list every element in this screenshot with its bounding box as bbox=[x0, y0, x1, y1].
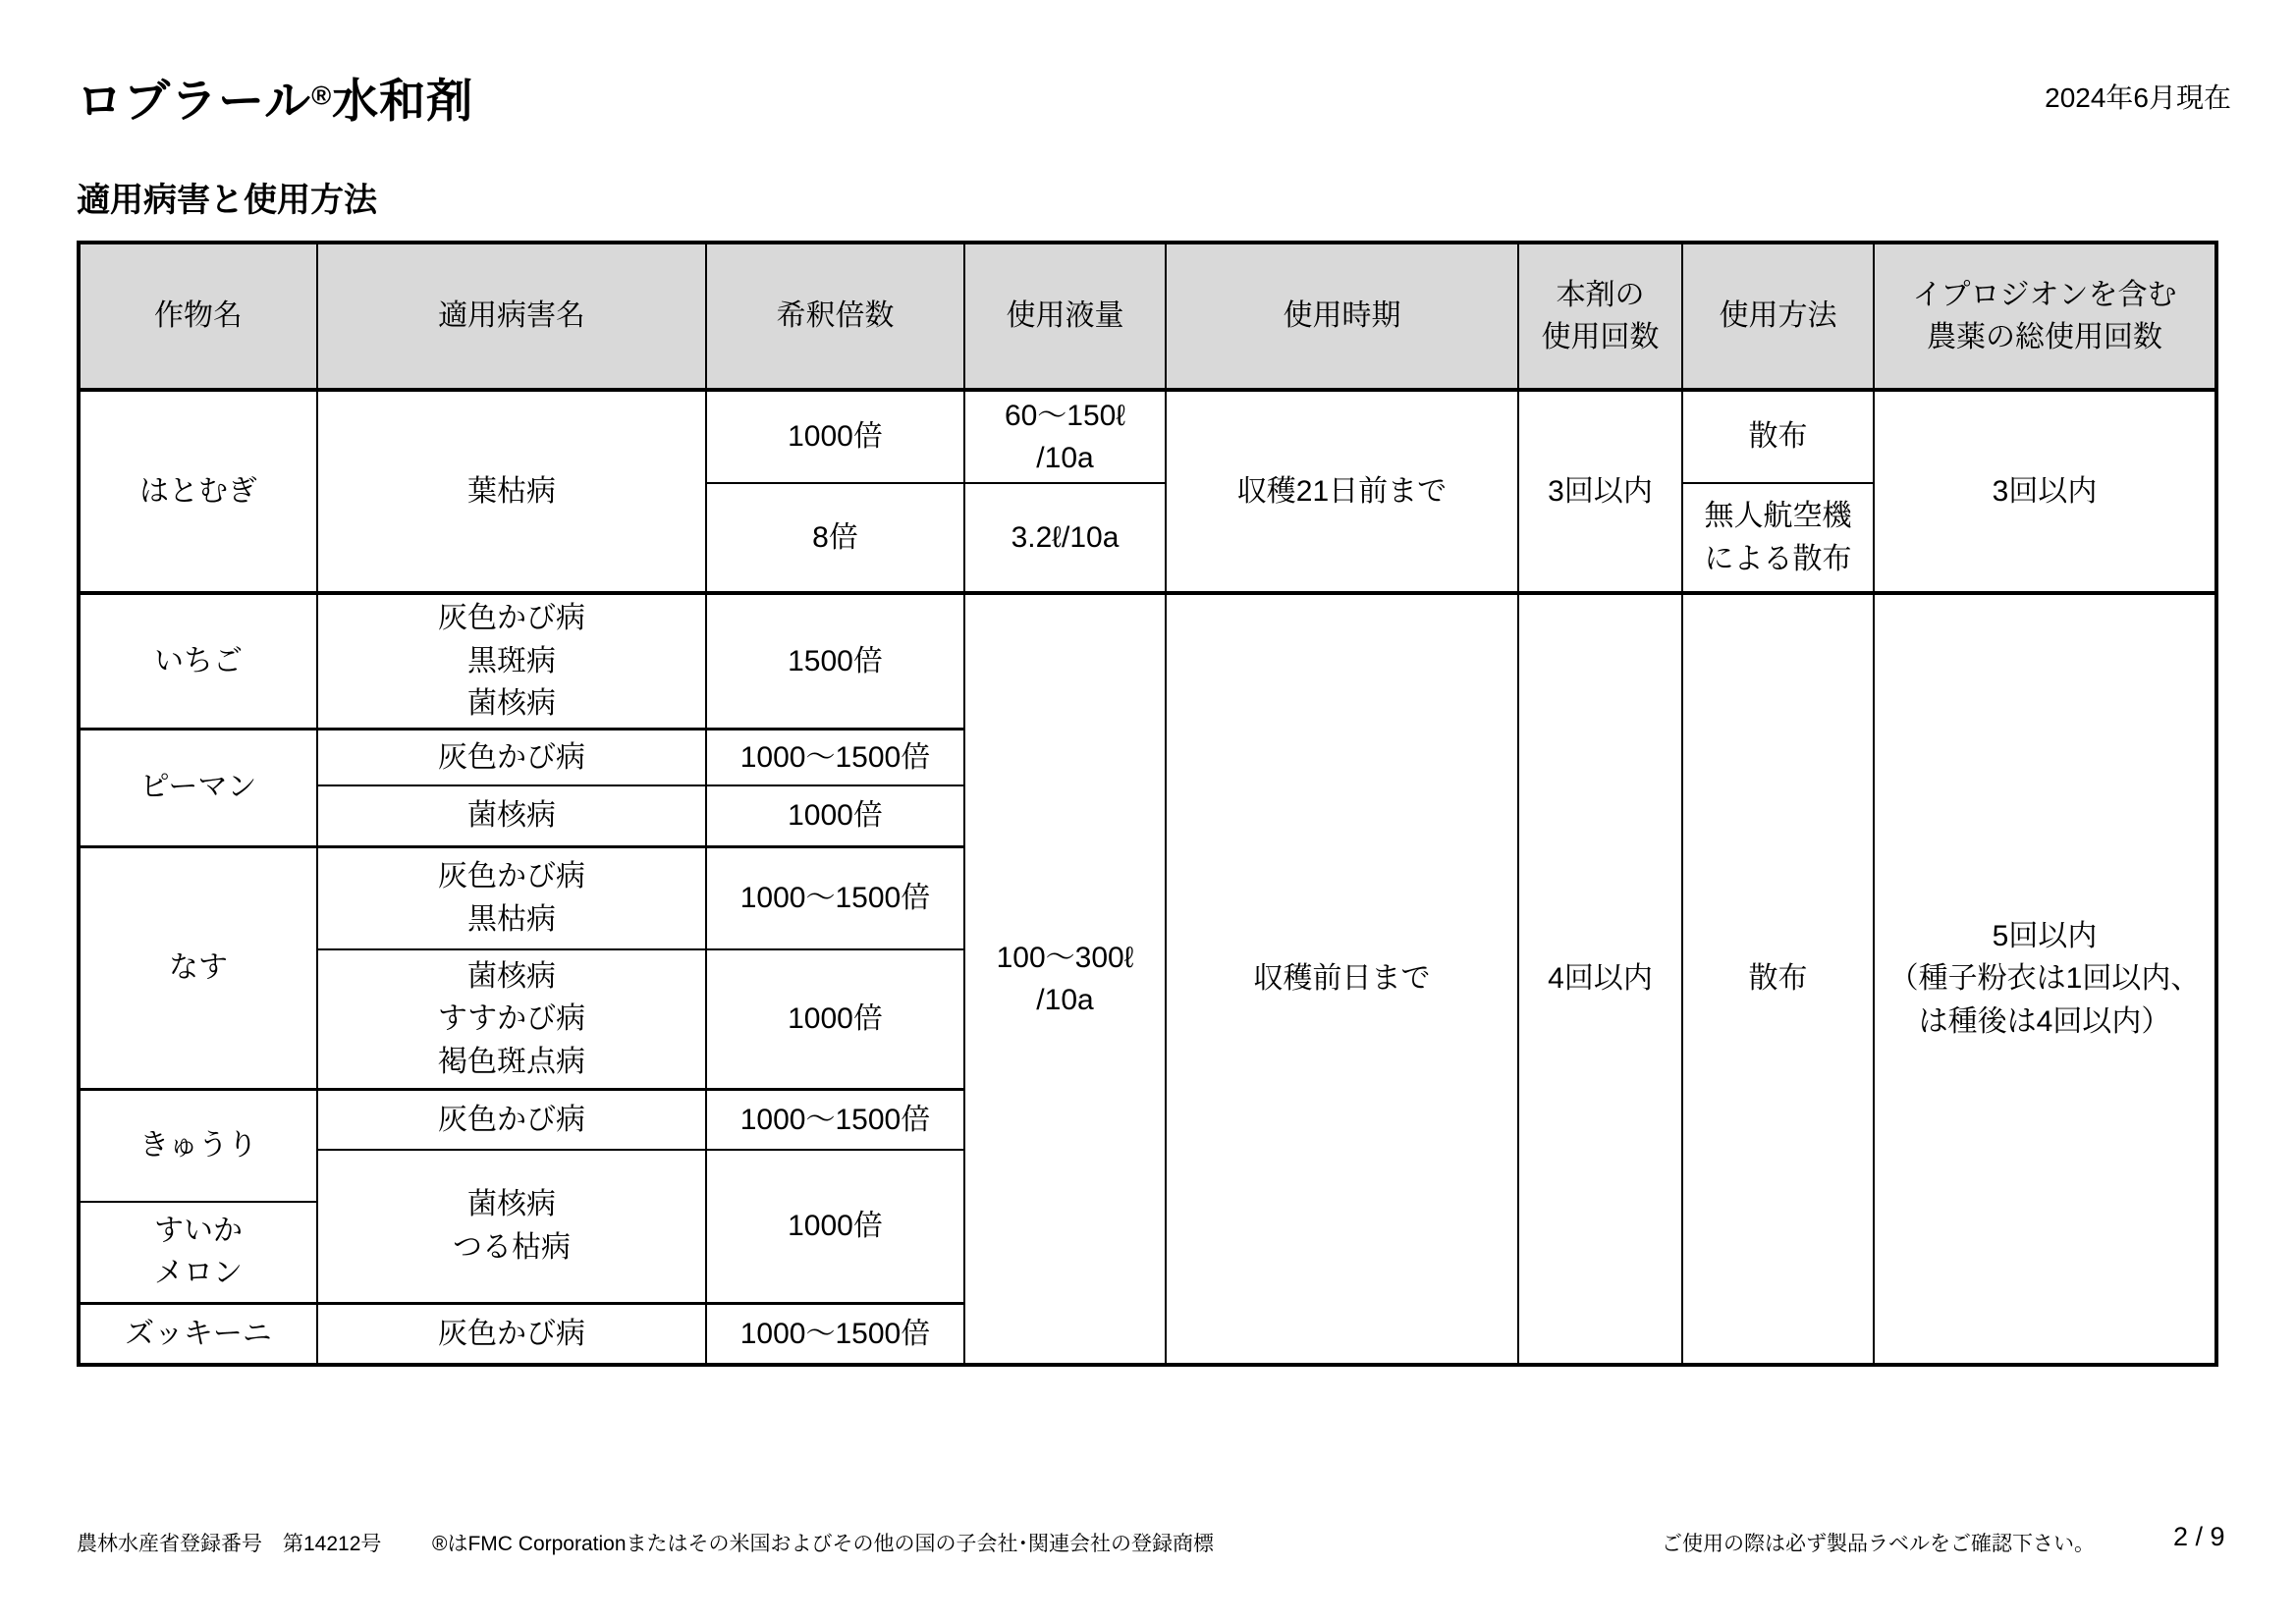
cell-ichigo-crop: いちご bbox=[79, 593, 317, 729]
header-crop: 作物名 bbox=[79, 243, 317, 390]
usage-table-container: 作物名 適用病害名 希釈倍数 使用液量 使用時期 本剤の 使用回数 使用方法 イ… bbox=[77, 241, 2218, 1367]
cell-hatomugi-method-2: 無人航空機 による散布 bbox=[1682, 483, 1874, 593]
cell-piman-disease-2: 菌核病 bbox=[317, 785, 706, 846]
usage-table: 作物名 適用病害名 希釈倍数 使用液量 使用時期 本剤の 使用回数 使用方法 イ… bbox=[77, 241, 2218, 1367]
cell-hatomugi-volume-1: 60〜150ℓ /10a bbox=[964, 390, 1166, 483]
cell-zucchini-crop: ズッキーニ bbox=[79, 1303, 317, 1365]
cell-hatomugi-method-1: 散布 bbox=[1682, 390, 1874, 483]
cell-hatomugi-count: 3回以内 bbox=[1518, 390, 1682, 593]
cell-vegetables-timing: 収穫前日まで bbox=[1166, 593, 1518, 1365]
cell-piman-dilution-1: 1000〜1500倍 bbox=[706, 729, 964, 785]
header-volume: 使用液量 bbox=[964, 243, 1166, 390]
cell-piman-disease-1: 灰色かび病 bbox=[317, 729, 706, 785]
cell-ichigo-dilution: 1500倍 bbox=[706, 593, 964, 729]
footer-trademark-notice: ®はFMC Corporationまたはその米国およびその他の国の子会社･関連会… bbox=[432, 1528, 1214, 1557]
header-total: イプロジオンを含む 農薬の総使用回数 bbox=[1874, 243, 2216, 390]
header-count: 本剤の 使用回数 bbox=[1518, 243, 1682, 390]
cell-nasu-crop: なす bbox=[79, 846, 317, 1089]
cell-vegetables-volume: 100〜300ℓ /10a bbox=[964, 593, 1166, 1365]
header-timing: 使用時期 bbox=[1166, 243, 1518, 390]
section-heading: 適用病害と使用方法 bbox=[77, 173, 377, 221]
product-type: 水和剤 bbox=[332, 75, 473, 127]
cell-ichigo-disease: 灰色かび病 黒斑病 菌核病 bbox=[317, 593, 706, 729]
cell-kyuri-crop: きゅうり bbox=[79, 1089, 317, 1202]
cell-hatomugi-dilution-1: 1000倍 bbox=[706, 390, 964, 483]
cell-zucchini-disease: 灰色かび病 bbox=[317, 1303, 706, 1365]
cell-nasu-disease-1: 灰色かび病 黒枯病 bbox=[317, 846, 706, 949]
cell-piman-dilution-2: 1000倍 bbox=[706, 785, 964, 846]
cell-vegetables-total: 5回以内 （種子粉衣は1回以内、 は種後は4回以内） bbox=[1874, 593, 2216, 1365]
cell-nasu-dilution-1: 1000〜1500倍 bbox=[706, 846, 964, 949]
cell-kyuri-disease-1: 灰色かび病 bbox=[317, 1089, 706, 1150]
table-row-hatomugi-1: はとむぎ 葉枯病 1000倍 60〜150ℓ /10a 収穫21日前まで 3回以… bbox=[79, 390, 2216, 483]
cell-piman-crop: ピーマン bbox=[79, 729, 317, 846]
cell-kyuri-dilution-1: 1000〜1500倍 bbox=[706, 1089, 964, 1150]
page-title: ロブラール®水和剤 bbox=[77, 65, 473, 131]
registered-trademark-symbol: ® bbox=[311, 81, 332, 111]
cell-hatomugi-disease: 葉枯病 bbox=[317, 390, 706, 593]
header-disease: 適用病害名 bbox=[317, 243, 706, 390]
document-page: ロブラール®水和剤 2024年6月現在 適用病害と使用方法 作物名 適用病害名 … bbox=[0, 0, 2296, 1623]
header-method: 使用方法 bbox=[1682, 243, 1874, 390]
revision-date: 2024年6月現在 bbox=[2045, 77, 2231, 116]
cell-hatomugi-dilution-2: 8倍 bbox=[706, 483, 964, 593]
footer-registration-number: 農林水産省登録番号 第14212号 bbox=[77, 1528, 381, 1557]
cell-zucchini-dilution: 1000〜1500倍 bbox=[706, 1303, 964, 1365]
cell-hatomugi-total: 3回以内 bbox=[1874, 390, 2216, 593]
cell-shared-dilution: 1000倍 bbox=[706, 1150, 964, 1303]
page-number: 2 / 9 bbox=[2173, 1522, 2225, 1552]
header-dilution: 希釈倍数 bbox=[706, 243, 964, 390]
cell-nasu-dilution-2: 1000倍 bbox=[706, 949, 964, 1089]
product-name: ロブラール bbox=[77, 75, 311, 127]
footer-label-note: ご使用の際は必ず製品ラベルをご確認下さい。 bbox=[1662, 1528, 2095, 1557]
header-row: 作物名 適用病害名 希釈倍数 使用液量 使用時期 本剤の 使用回数 使用方法 イ… bbox=[79, 243, 2216, 390]
cell-suika-melon-crop: すいか メロン bbox=[79, 1202, 317, 1303]
cell-hatomugi-volume-2: 3.2ℓ/10a bbox=[964, 483, 1166, 593]
cell-shared-disease: 菌核病 つる枯病 bbox=[317, 1150, 706, 1303]
cell-vegetables-count: 4回以内 bbox=[1518, 593, 1682, 1365]
cell-hatomugi-timing: 収穫21日前まで bbox=[1166, 390, 1518, 593]
table-row-ichigo: いちご 灰色かび病 黒斑病 菌核病 1500倍 100〜300ℓ /10a 収穫… bbox=[79, 593, 2216, 729]
cell-hatomugi-crop: はとむぎ bbox=[79, 390, 317, 593]
cell-nasu-disease-2: 菌核病 すすかび病 褐色斑点病 bbox=[317, 949, 706, 1089]
cell-vegetables-method: 散布 bbox=[1682, 593, 1874, 1365]
